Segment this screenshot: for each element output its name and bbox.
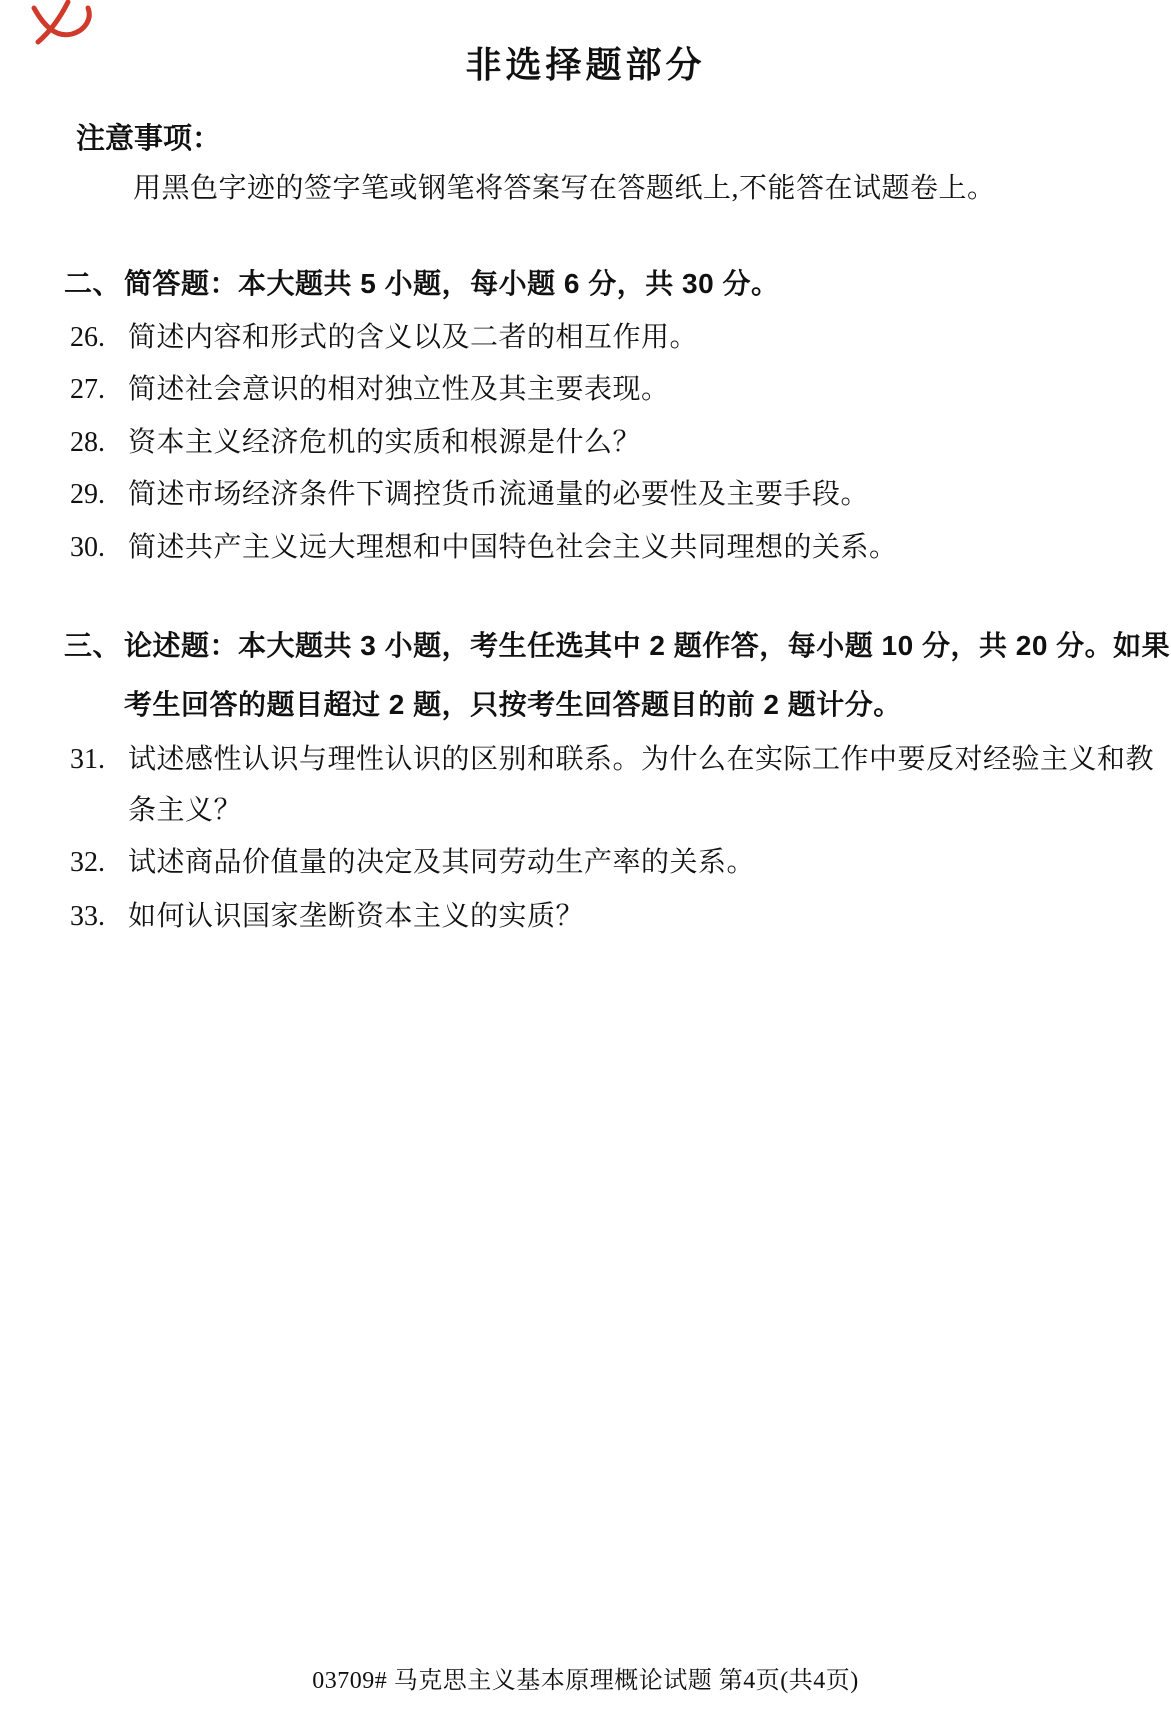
section-2-heading: 二、简答题：本大题共 5 小题，每小题 6 分，共 30 分。 [64, 267, 779, 301]
question-26-text: 简述内容和形式的含义以及二者的相互作用。 [128, 322, 698, 353]
question-31-text-line2: 条主义？ [128, 794, 242, 828]
notice-text: 用黑色字迹的签字笔或钢笔将答案写在答题纸上,不能答在试题卷上。 [133, 172, 996, 206]
question-28-text: 资本主义经济危机的实质和根源是什么？ [128, 427, 641, 458]
question-30: 30.简述共产主义远大理想和中国特色社会主义共同理想的关系。 [70, 531, 898, 565]
section-3-heading-line1: 三、论述题：本大题共 3 小题，考生任选其中 2 题作答，每小题 10 分，共 … [64, 629, 1170, 663]
question-26: 26.简述内容和形式的含义以及二者的相互作用。 [70, 321, 698, 355]
page-footer: 03709# 马克思主义基本原理概论试题 第4页(共4页) [0, 1666, 1171, 1696]
question-27-text: 简述社会意识的相对独立性及其主要表现。 [128, 374, 670, 405]
question-33: 33.如何认识国家垄断资本主义的实质？ [70, 900, 584, 934]
question-27: 27.简述社会意识的相对独立性及其主要表现。 [70, 373, 670, 407]
question-30-number: 30. [70, 531, 128, 565]
red-pen-mark-icon [28, 0, 100, 48]
question-30-text: 简述共产主义远大理想和中国特色社会主义共同理想的关系。 [128, 532, 898, 563]
question-31-text-line1: 试述感性认识与理性认识的区别和联系。为什么在实际工作中要反对经验主义和教 [128, 744, 1154, 775]
question-32-number: 32. [70, 846, 128, 880]
question-29-number: 29. [70, 478, 128, 512]
notice-label: 注意事项： [76, 122, 221, 157]
question-29: 29.简述市场经济条件下调控货币流通量的必要性及主要手段。 [70, 478, 869, 512]
section-2-label: 二、 [64, 267, 124, 301]
question-28-number: 28. [70, 426, 128, 460]
exam-paper-page: 非选择题部分 注意事项： 用黑色字迹的签字笔或钢笔将答案写在答题纸上,不能答在试… [0, 0, 1171, 1721]
question-29-text: 简述市场经济条件下调控货币流通量的必要性及主要手段。 [128, 479, 869, 510]
question-27-number: 27. [70, 373, 128, 407]
question-31-number: 31. [70, 743, 128, 777]
question-33-number: 33. [70, 900, 128, 934]
section-3-label: 三、 [64, 629, 124, 663]
question-32-text: 试述商品价值量的决定及其同劳动生产率的关系。 [128, 847, 755, 878]
question-28: 28.资本主义经济危机的实质和根源是什么？ [70, 426, 641, 460]
section-3-heading-line2: 考生回答的题目超过 2 题，只按考生回答题目的前 2 题计分。 [124, 688, 902, 722]
section-3-heading-text-line1: 论述题：本大题共 3 小题，考生任选其中 2 题作答，每小题 10 分，共 20… [124, 630, 1170, 661]
page-title: 非选择题部分 [0, 44, 1171, 86]
question-32: 32.试述商品价值量的决定及其同劳动生产率的关系。 [70, 846, 755, 880]
question-26-number: 26. [70, 321, 128, 355]
question-33-text: 如何认识国家垄断资本主义的实质？ [128, 901, 584, 932]
question-31: 31.试述感性认识与理性认识的区别和联系。为什么在实际工作中要反对经验主义和教 [70, 743, 1154, 777]
section-2-heading-text: 简答题：本大题共 5 小题，每小题 6 分，共 30 分。 [124, 268, 779, 299]
